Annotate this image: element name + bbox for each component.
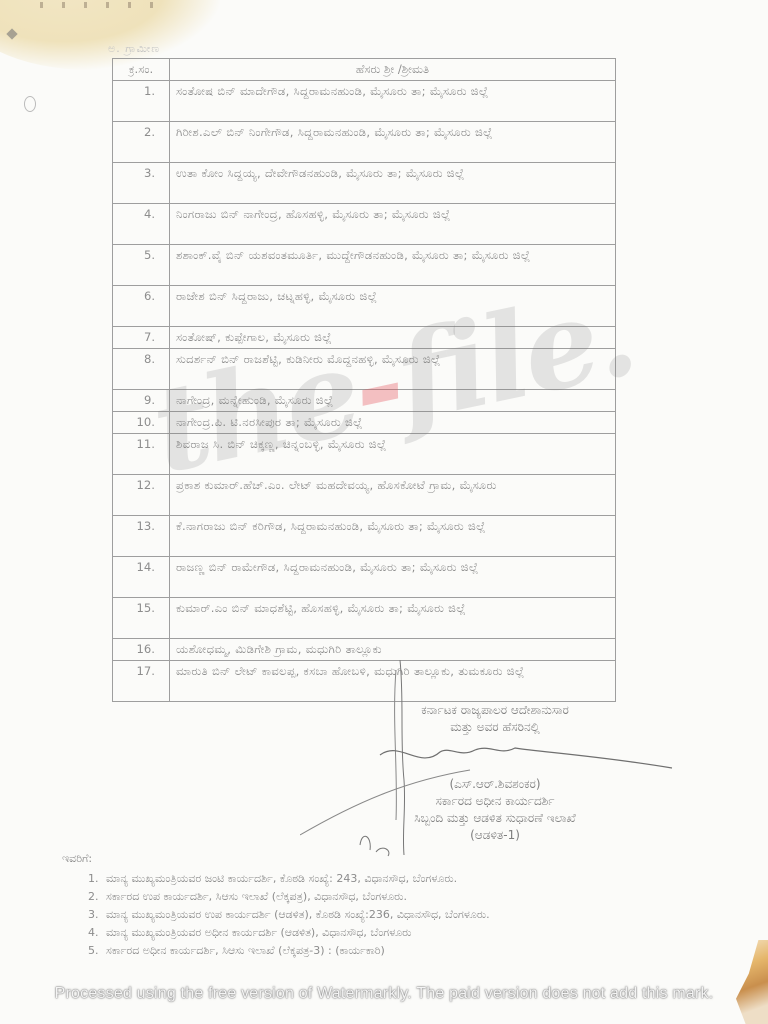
table-body: 1.ಸಂತೋಷ ಬಿನ್ ಮಾದೇಗೌಡ, ಸಿದ್ದರಾಮನಹುಂಡಿ, ಮೈ… (113, 81, 616, 702)
serial-number: 2. (113, 122, 170, 163)
serial-number: 6. (113, 286, 170, 327)
person-name-address: ಸಂತೋಷ್, ಕುಪ್ಪೇಗಾಲ, ಮೈಸೂರು ಜಿಲ್ಲೆ (170, 327, 616, 349)
person-name-address: ಸಂತೋಷ ಬಿನ್ ಮಾದೇಗೌಡ, ಸಿದ್ದರಾಮನಹುಂಡಿ, ಮೈಸೂ… (170, 81, 616, 122)
table-row: 8.ಸುದರ್ಶನ್ ಬಿನ್ ರಾಜಶೆಟ್ಟಿ, ಕುಡಿನೀರು ಮೊದ್… (113, 349, 616, 390)
background-fabric (736, 940, 768, 1024)
serial-number: 13. (113, 516, 170, 557)
person-name-address: ನಾಗೇಂದ್ರ, ಮನ್ನೇಹುಂಡಿ, ಮೈಸೂರು ಜಿಲ್ಲೆ (170, 390, 616, 412)
person-name-address: ಶಶಾಂಕ್.ವೈ ಬಿನ್ ಯಶವಂತಮೂರ್ತಿ, ಮುದ್ದೇಗೌಡನಹು… (170, 245, 616, 286)
names-table: ಕ್ರ.ಸಂ. ಹೆಸರು ಶ್ರೀ /ಶ್ರೀಮತಿ 1.ಸಂತೋಷ ಬಿನ್… (112, 58, 616, 702)
table-row: 10.ನಾಗೇಂದ್ರ.ಪಿ. ಟಿ.ನರಸೀಪುರ ತಾ; ಮೈಸೂರು ಜಿ… (113, 412, 616, 434)
table-row: 17.ಮಾರುತಿ ಬಿನ್ ಲೇಟ್ ಕಾವಲಪ್ಪ, ಕಸಬಾ ಹೋಬಳಿ,… (113, 661, 616, 702)
person-name-address: ಶಿವರಾಜ ಸಿ. ಬಿನ್ ಚಿಕ್ಕಣ್ಣ, ಚಿನ್ನಂಬಳ್ಳಿ, ಮ… (170, 434, 616, 475)
table-row: 2.ಗಿರೀಶ.ಎಲ್ ಬಿನ್ ನಿಂಗೇಗೌಡ, ಸಿದ್ದರಾಮನಹುಂಡ… (113, 122, 616, 163)
person-name-address: ರಾಜೇಶ ಬಿನ್ ಸಿದ್ದರಾಜು, ಚಟ್ನಹಳ್ಳಿ, ಮೈಸೂರು … (170, 286, 616, 327)
signature-block: ಕರ್ನಾಟಕ ರಾಜ್ಯಪಾಲರ ಆದೇಶಾನುಸಾರ ಮತ್ತು ಅವರ ಹ… (330, 702, 660, 844)
table-row: 13.ಕೆ.ನಾಗರಾಜು ಬಿನ್ ಕರಿಗೌಡ, ಸಿದ್ದರಾಮನಹುಂಡ… (113, 516, 616, 557)
person-name-address: ಸುದರ್ಶನ್ ಬಿನ್ ರಾಜಶೆಟ್ಟಿ, ಕುಡಿನೀರು ಮೊದ್ದನ… (170, 349, 616, 390)
column-header-serial: ಕ್ರ.ಸಂ. (113, 59, 170, 81)
person-name-address: ಗಿರೀಶ.ಎಲ್ ಬಿನ್ ನಿಂಗೇಗೌಡ, ಸಿದ್ದರಾಮನಹುಂಡಿ,… (170, 122, 616, 163)
serial-number: 11. (113, 434, 170, 475)
serial-number: 8. (113, 349, 170, 390)
serial-number: 16. (113, 639, 170, 661)
person-name-address: ಪ್ರಕಾಶ ಕುಮಾರ್.ಹೆಚ್.ಎಂ. ಲೇಟ್ ಮಹದೇವಯ್ಯ, ಹೊ… (170, 475, 616, 516)
signatory-name: (ಎಸ್.ಆರ್.ಶಿವಶಂಕರ) (330, 776, 660, 793)
signatory-department: ಸಿಬ್ಬಂದಿ ಮತ್ತು ಆಡಳಿತ ಸುಧಾರಣೆ ಇಲಾಖೆ (330, 810, 660, 827)
table-row: 11.ಶಿವರಾಜ ಸಿ. ಬಿನ್ ಚಿಕ್ಕಣ್ಣ, ಚಿನ್ನಂಬಳ್ಳಿ… (113, 434, 616, 475)
serial-number: 5. (113, 245, 170, 286)
person-name-address: ರಾಜಣ್ಣ ಬಿನ್ ರಾಮೇಗೌಡ, ಸಿದ್ದರಾಮನಹುಂಡಿ, ಮೈಸ… (170, 557, 616, 598)
table-header-row: ಕ್ರ.ಸಂ. ಹೆಸರು ಶ್ರೀ /ಶ್ರೀಮತಿ (113, 59, 616, 81)
serial-number: 3. (113, 163, 170, 204)
signatory-designation: ಸರ್ಕಾರದ ಅಧೀನ ಕಾರ್ಯದರ್ಶಿ (330, 793, 660, 810)
authority-line-2: ಮತ್ತು ಅವರ ಹೆಸರಿನಲ್ಲಿ (330, 719, 660, 736)
serial-number: 4. (113, 204, 170, 245)
watermarkly-notice: Processed using the free version of Wate… (0, 985, 768, 1003)
serial-number: 1. (113, 81, 170, 122)
person-name-address: ಮಾರುತಿ ಬಿನ್ ಲೇಟ್ ಕಾವಲಪ್ಪ, ಕಸಬಾ ಹೋಬಳಿ, ಮಧ… (170, 661, 616, 702)
copy-to-item: ಸರ್ಕಾರದ ಅಧೀನ ಕಾರ್ಯದರ್ಶಿ, ಸಿಆಸು ಇಲಾಖೆ (ಲೆ… (102, 944, 662, 958)
serial-number: 17. (113, 661, 170, 702)
table-row: 7.ಸಂತೋಷ್, ಕುಪ್ಪೇಗಾಲ, ಮೈಸೂರು ಜಿಲ್ಲೆ (113, 327, 616, 349)
table-row: 12.ಪ್ರಕಾಶ ಕುಮಾರ್.ಹೆಚ್.ಎಂ. ಲೇಟ್ ಮಹದೇವಯ್ಯ,… (113, 475, 616, 516)
serial-number: 15. (113, 598, 170, 639)
serial-number: 10. (113, 412, 170, 434)
section-heading: ಅ. ಗ್ರಾಮೀಣ (108, 42, 160, 56)
copy-to-item: ಮಾನ್ಯ ಮುಖ್ಯಮಂತ್ರಿಯವರ ಜಂಟಿ ಕಾರ್ಯದರ್ಶಿ, ಕೊ… (102, 872, 662, 886)
table-row: 15.ಕುಮಾರ್.ಎಂ ಬಿನ್ ಮಾಧಶೆಟ್ಟಿ, ಹೊಸಹಳ್ಳಿ, ಮ… (113, 598, 616, 639)
signatory-section: (ಆಡಳಿತ-1) (330, 827, 660, 844)
table-row: 14.ರಾಜಣ್ಣ ಬಿನ್ ರಾಮೇಗೌಡ, ಸಿದ್ದರಾಮನಹುಂಡಿ, … (113, 557, 616, 598)
table-row: 1.ಸಂತೋಷ ಬಿನ್ ಮಾದೇಗೌಡ, ಸಿದ್ದರಾಮನಹುಂಡಿ, ಮೈ… (113, 81, 616, 122)
table-row: 9.ನಾಗೇಂದ್ರ, ಮನ್ನೇಹುಂಡಿ, ಮೈಸೂರು ಜಿಲ್ಲೆ (113, 390, 616, 412)
table-row: 16.ಯಶೋಧಮ್ಮ, ಮಿಡಿಗೇಶಿ ಗ್ರಾಮ, ಮಧುಗಿರಿ ತಾಲ್… (113, 639, 616, 661)
table-row: 6.ರಾಜೇಶ ಬಿನ್ ಸಿದ್ದರಾಜು, ಚಟ್ನಹಳ್ಳಿ, ಮೈಸೂರ… (113, 286, 616, 327)
person-name-address: ನಿಂಗರಾಜು ಬಿನ್ ನಾಗೇಂದ್ರ, ಹೊಸಹಳ್ಳಿ, ಮೈಸೂರು… (170, 204, 616, 245)
table-row: 5.ಶಶಾಂಕ್.ವೈ ಬಿನ್ ಯಶವಂತಮೂರ್ತಿ, ಮುದ್ದೇಗೌಡನ… (113, 245, 616, 286)
paper-edge-marks (40, 2, 170, 8)
copy-to-item: ಮಾನ್ಯ ಮುಖ್ಯಮಂತ್ರಿಯವರ ಅಧೀನ ಕಾರ್ಯದರ್ಶಿ (ಆಡ… (102, 926, 662, 940)
ink-ring-mark (24, 96, 36, 112)
person-name-address: ಉತಾ ಕೋಂ ಸಿದ್ದಯ್ಯ, ದೇವೇಗೌಡನಹುಂಡಿ, ಮೈಸೂರು … (170, 163, 616, 204)
table-row: 3.ಉತಾ ಕೋಂ ಸಿದ್ದಯ್ಯ, ದೇವೇಗೌಡನಹುಂಡಿ, ಮೈಸೂರ… (113, 163, 616, 204)
copy-to-list: ಮಾನ್ಯ ಮುಖ್ಯಮಂತ್ರಿಯವರ ಜಂಟಿ ಕಾರ್ಯದರ್ಶಿ, ಕೊ… (82, 872, 662, 962)
copy-to-item: ಸರ್ಕಾರದ ಉಪ ಕಾರ್ಯದರ್ಶಿ, ಸಿಆಸು ಇಲಾಖೆ (ಲೆಕ್… (102, 890, 662, 904)
copy-to-item: ಮಾನ್ಯ ಮುಖ್ಯಮಂತ್ರಿಯವರ ಉಪ ಕಾರ್ಯದರ್ಶಿ (ಆಡಳಿ… (102, 908, 662, 922)
table-row: 4.ನಿಂಗರಾಜು ಬಿನ್ ನಾಗೇಂದ್ರ, ಹೊಸಹಳ್ಳಿ, ಮೈಸೂ… (113, 204, 616, 245)
copy-to-heading: ಇವರಿಗೆ: (62, 852, 92, 866)
person-name-address: ನಾಗೇಂದ್ರ.ಪಿ. ಟಿ.ನರಸೀಪುರ ತಾ; ಮೈಸೂರು ಜಿಲ್ಲ… (170, 412, 616, 434)
serial-number: 9. (113, 390, 170, 412)
serial-number: 14. (113, 557, 170, 598)
person-name-address: ಯಶೋಧಮ್ಮ, ಮಿಡಿಗೇಶಿ ಗ್ರಾಮ, ಮಧುಗಿರಿ ತಾಲ್ಲೂಕ… (170, 639, 616, 661)
person-name-address: ಕುಮಾರ್.ಎಂ ಬಿನ್ ಮಾಧಶೆಟ್ಟಿ, ಹೊಸಹಳ್ಳಿ, ಮೈಸೂ… (170, 598, 616, 639)
serial-number: 7. (113, 327, 170, 349)
serial-number: 12. (113, 475, 170, 516)
column-header-name: ಹೆಸರು ಶ್ರೀ /ಶ್ರೀಮತಿ (170, 59, 616, 81)
person-name-address: ಕೆ.ನಾಗರಾಜು ಬಿನ್ ಕರಿಗೌಡ, ಸಿದ್ದರಾಮನಹುಂಡಿ, … (170, 516, 616, 557)
authority-line-1: ಕರ್ನಾಟಕ ರಾಜ್ಯಪಾಲರ ಆದೇಶಾನುಸಾರ (330, 702, 660, 719)
